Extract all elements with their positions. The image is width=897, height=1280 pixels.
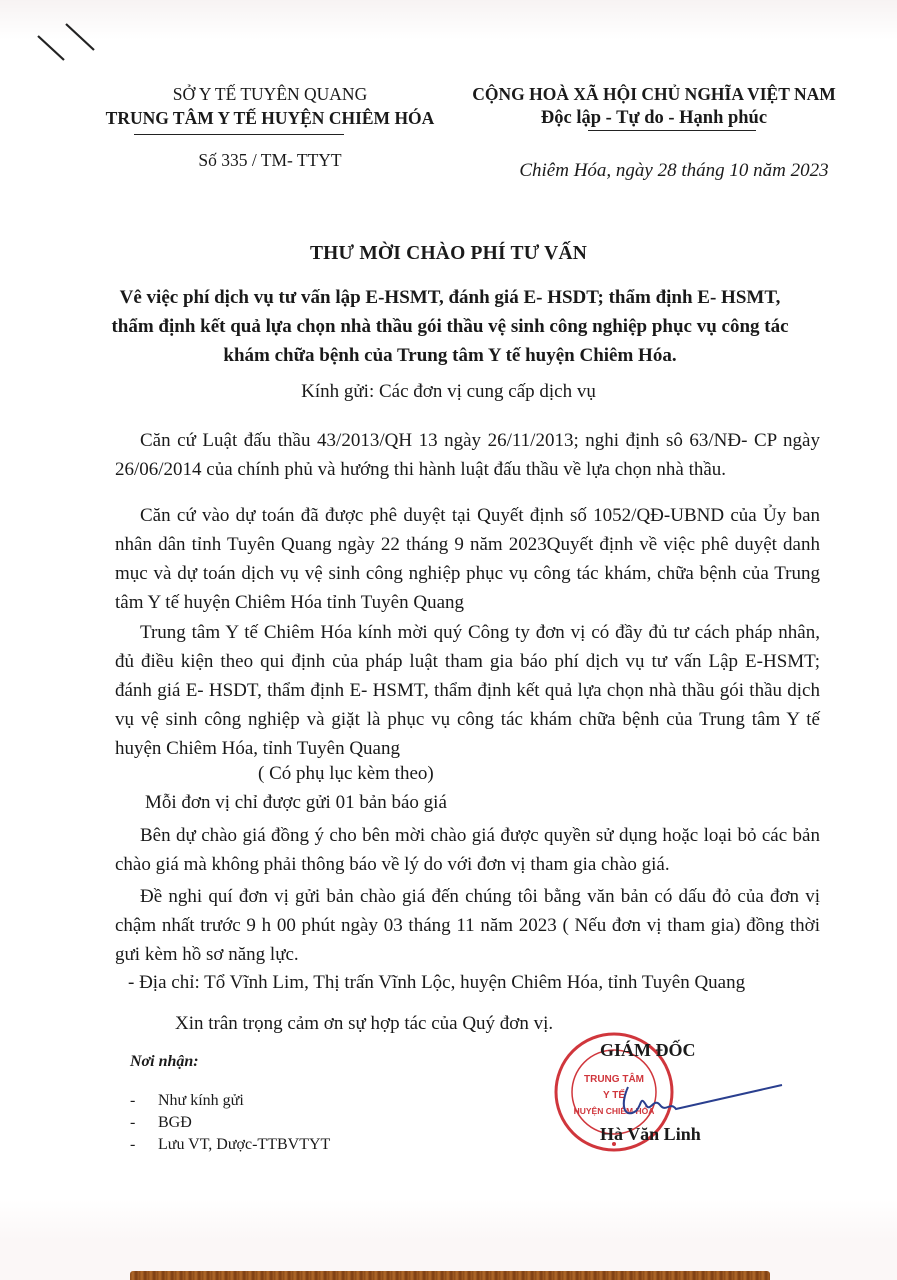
- parent-agency: SỞ Y TẾ TUYÊN QUANG: [100, 82, 440, 106]
- salutation: Kính gửi: Các đơn vị cung cấp dịch vụ: [0, 381, 897, 403]
- one-quote-rule: Mỗi đơn vị chỉ được gửi 01 bản báo giá: [145, 792, 447, 814]
- deadline-paragraph: Đề nghi quí đơn vị gửi bản chào giá đến …: [115, 882, 820, 969]
- thanks-line: Xin trân trọng cảm ơn sự hợp tác của Quý…: [175, 1013, 553, 1035]
- national-motto: Độc lập - Tự do - Hạnh phúc: [444, 106, 864, 130]
- pen-marks-decoration: [30, 10, 110, 70]
- document-title: THƯ MỜI CHÀO PHÍ TƯ VẤN: [0, 243, 897, 265]
- header-divider-right: [588, 130, 756, 131]
- budget-basis-paragraph: Căn cứ vào dự toán đã được phê duyệt tại…: [115, 501, 820, 617]
- appendix-note: ( Có phụ lục kèm theo): [258, 763, 434, 785]
- recipient-item: Lưu VT, Dược-TTBVTYT: [130, 1134, 330, 1156]
- subject-line: Vê việc phí dịch vụ tư vấn lập E-HSMT, đ…: [100, 283, 800, 312]
- paragraph-text: Căn cứ vào dự toán đã được phê duyệt tại…: [115, 505, 820, 613]
- header-divider-left: [134, 134, 344, 135]
- document-page: SỞ Y TẾ TUYÊN QUANG TRUNG TÂM Y TẾ HUYỆN…: [0, 0, 897, 1280]
- paragraph-text: Bên dự chào giá đồng ý cho bên mời chào …: [115, 825, 820, 875]
- signer-name: Hà Văn Linh: [600, 1124, 701, 1145]
- paragraph-text: Trung tâm Y tế Chiêm Hóa kính mời quý Cô…: [115, 622, 820, 759]
- recipient-item: BGĐ: [130, 1112, 330, 1134]
- subject-line: thẩm định kết quả lựa chọn nhà thầu gói …: [100, 312, 800, 341]
- national-title: CỘNG HOÀ XÃ HỘI CHỦ NGHĨA VIỆT NAM: [444, 82, 864, 106]
- address-line: - Địa chỉ: Tổ Vĩnh Lim, Thị trấn Vĩnh Lộ…: [128, 972, 745, 994]
- issuing-organization-block: SỞ Y TẾ TUYÊN QUANG TRUNG TÂM Y TẾ HUYỆN…: [100, 82, 440, 130]
- national-heading-block: CỘNG HOÀ XÃ HỘI CHỦ NGHĨA VIỆT NAM Độc l…: [444, 82, 864, 130]
- rights-paragraph: Bên dự chào giá đồng ý cho bên mời chào …: [115, 821, 820, 879]
- place-and-date: Chiêm Hóa, ngày 28 tháng 10 năm 2023: [444, 160, 897, 182]
- legal-basis-paragraph: Căn cứ Luật đấu thầu 43/2013/QH 13 ngày …: [115, 426, 820, 484]
- signer-title: GIÁM ĐỐC: [600, 1040, 696, 1061]
- subject-line: khám chữa bệnh của Trung tâm Y tế huyện …: [100, 341, 800, 370]
- paragraph-text: Căn cứ Luật đấu thầu 43/2013/QH 13 ngày …: [115, 430, 820, 480]
- table-edge-background: [130, 1271, 770, 1280]
- issuing-organization: TRUNG TÂM Y TẾ HUYỆN CHIÊM HÓA: [100, 106, 440, 130]
- handwritten-signature-icon: [610, 1075, 790, 1125]
- recipients-label: Nơi nhận:: [130, 1053, 199, 1071]
- paragraph-text: Đề nghi quí đơn vị gửi bản chào giá đến …: [115, 886, 820, 965]
- recipient-item: Như kính gửi: [130, 1090, 330, 1112]
- recipients-list: Như kính gửi BGĐ Lưu VT, Dược-TTBVTYT: [130, 1090, 330, 1156]
- document-subject: Vê việc phí dịch vụ tư vấn lập E-HSMT, đ…: [100, 283, 800, 370]
- document-number: Số 335 / TM- TTYT: [100, 150, 440, 171]
- invitation-paragraph: Trung tâm Y tế Chiêm Hóa kính mời quý Cô…: [115, 618, 820, 763]
